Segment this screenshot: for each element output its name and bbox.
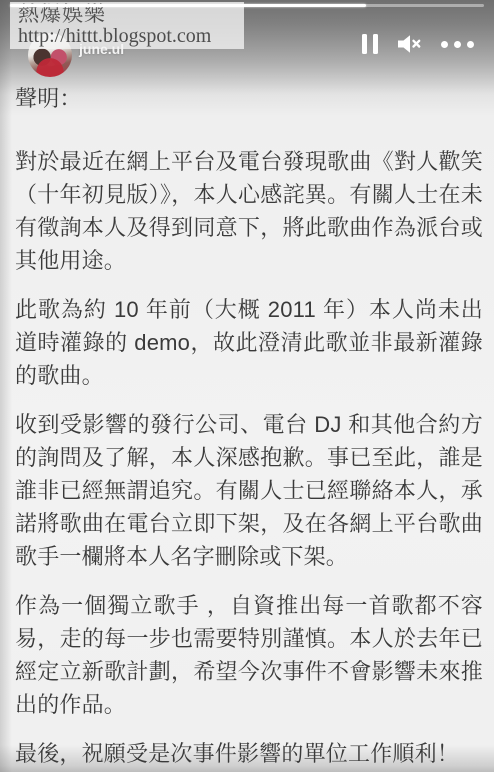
image-left-edge-shade <box>0 0 12 772</box>
statement-text: 聲明： 對於最近在網上平台及電台發現歌曲《對人歡笑（十年初見版）》，本人心感詫異… <box>15 82 483 770</box>
story-controls <box>360 30 476 58</box>
statement-paragraph: 對於最近在網上平台及電台發現歌曲《對人歡笑（十年初見版）》，本人心感詫異。有關人… <box>15 145 483 277</box>
story-progress-bar[interactable] <box>10 4 484 7</box>
statement-title: 聲明： <box>15 82 483 115</box>
watermark-site-url: http://hittt.blogspot.com <box>18 26 238 48</box>
speaker-muted-icon <box>396 32 423 56</box>
ellipsis-icon <box>441 41 474 48</box>
pause-icon <box>362 34 378 54</box>
story-viewer: june.ul 熱爆娛樂 http://hittt.blogspot.com 聲 <box>0 0 494 772</box>
more-options-button[interactable] <box>439 39 476 50</box>
mute-button[interactable] <box>394 30 425 58</box>
statement-closing: 最後，祝願受是次事件影響的單位工作順利！ <box>15 737 483 770</box>
watermark: 熱爆娛樂 http://hittt.blogspot.com <box>10 2 244 49</box>
pause-button[interactable] <box>360 32 380 56</box>
statement-paragraph: 此歌為約 10 年前（大概 2011 年）本人尚未出道時灌錄的 demo，故此澄… <box>15 293 483 392</box>
statement-paragraph: 收到受影響的發行公司、電台 DJ 和其他合約方的詢問及了解，本人深感抱歉。事已至… <box>15 408 483 573</box>
statement-paragraph: 作為一個獨立歌手 ，自資推出每一首歌都不容易，走的每一步也需要特別謹慎。本人於去… <box>15 589 483 721</box>
story-progress-fill <box>10 4 366 7</box>
